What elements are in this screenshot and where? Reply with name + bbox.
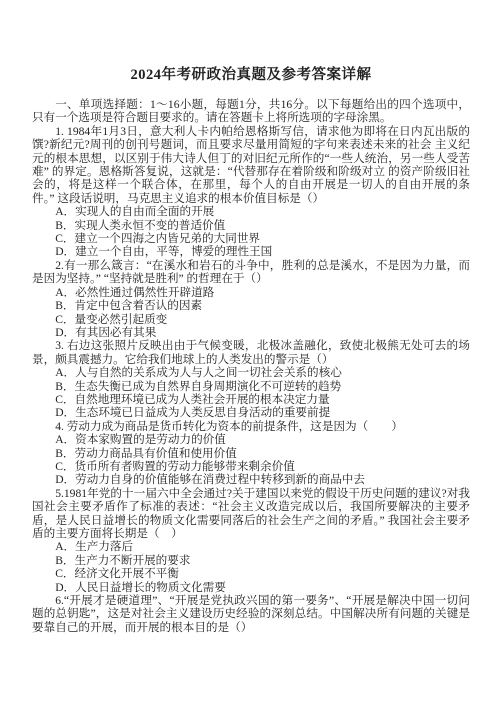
section-intro: 一、单项选择题：1～16小题，每题1分，共16分。以下每题给出的四个选项中，只有… xyxy=(32,98,470,125)
question-5-stem: 5.1981年党的十一届六中全会通过?关于建国以来党的假设干历史问题的建议?对我… xyxy=(32,487,470,541)
question-3-option-a: A．人与自然的关系成为人与人之间一切社会关系的核心 xyxy=(32,366,470,379)
question-3-stem: 3. 右边这张照片反映出由于气候变暖，北极冰盖融化，致使北极熊无处可去的场景，颇… xyxy=(32,339,470,366)
question-3-option-b: B．生态失衡已成为自然界自身周期演化不可逆转的趋势 xyxy=(32,380,470,393)
question-4-option-b: B．劳动力商品具有价值和使用价值 xyxy=(32,447,470,460)
question-5-option-b: B．生产力不断开展的要求 xyxy=(32,554,470,567)
question-2-option-a: A．必然性通过偶然性开辟道路 xyxy=(32,286,470,299)
question-1-option-d: D．建立一个自由，平等，博爱的理性王国 xyxy=(32,245,470,258)
question-2-option-d: D．有其因必有其果 xyxy=(32,326,470,339)
question-4-option-a: A．资本家购置的是劳动力的价值 xyxy=(32,433,470,446)
question-2-stem: 2.有一那么箴言：“在溪水和岩石的斗争中，胜利的总是溪水，不是因为力量，而是因为… xyxy=(32,259,470,286)
question-1-option-b: B．实现人类永恒不变的普适价值 xyxy=(32,219,470,232)
question-1-option-c: C．建立一个四海之内皆兄弟的大同世界 xyxy=(32,232,470,245)
question-3-option-d: D．生态环境已日益成为人类反思自身活动的重要前提 xyxy=(32,406,470,419)
question-1-stem: 1. 1984年1月3日，意大利人卡内帕给恩格斯写信，请求他为即将在日内瓦出版的… xyxy=(32,125,470,205)
document-title: 2024年考研政治真题及参考答案详解 xyxy=(32,66,470,84)
question-6-stem: 6.“开展才是硬道理”、“开展是党执政兴国的第一要务”、“开展是解决中国一切问题… xyxy=(32,594,470,634)
question-4-option-d: D．劳动力自身的价值能够在消费过程中转移到新的商品中去 xyxy=(32,473,470,486)
question-2-option-c: C．量变必然引起质变 xyxy=(32,313,470,326)
document-content: 2024年考研政治真题及参考答案详解 一、单项选择题：1～16小题，每题1分，共… xyxy=(0,0,500,634)
question-4-option-c: C．货币所有者购置的劳动力能够带来剩余价值 xyxy=(32,460,470,473)
question-1-option-a: A．实现人的自由而全面的开展 xyxy=(32,205,470,218)
question-4-stem: 4. 劳动力成为商品是货币转化为资本的前提条件，这是因为（ ） xyxy=(32,420,470,433)
question-3-option-c: C．自然地理环境已成为人类社会开展的根本决定力量 xyxy=(32,393,470,406)
question-2-option-b: B．肯定中包含着否认的因素 xyxy=(32,299,470,312)
document-page: 2024年考研政治真题及参考答案详解 一、单项选择题：1～16小题，每题1分，共… xyxy=(0,0,500,707)
question-5-option-a: A．生产力落后 xyxy=(32,540,470,553)
question-5-option-c: C．经济文化开展不平衡 xyxy=(32,567,470,580)
question-5-option-d: D．人民日益增长的物质文化需要 xyxy=(32,581,470,594)
